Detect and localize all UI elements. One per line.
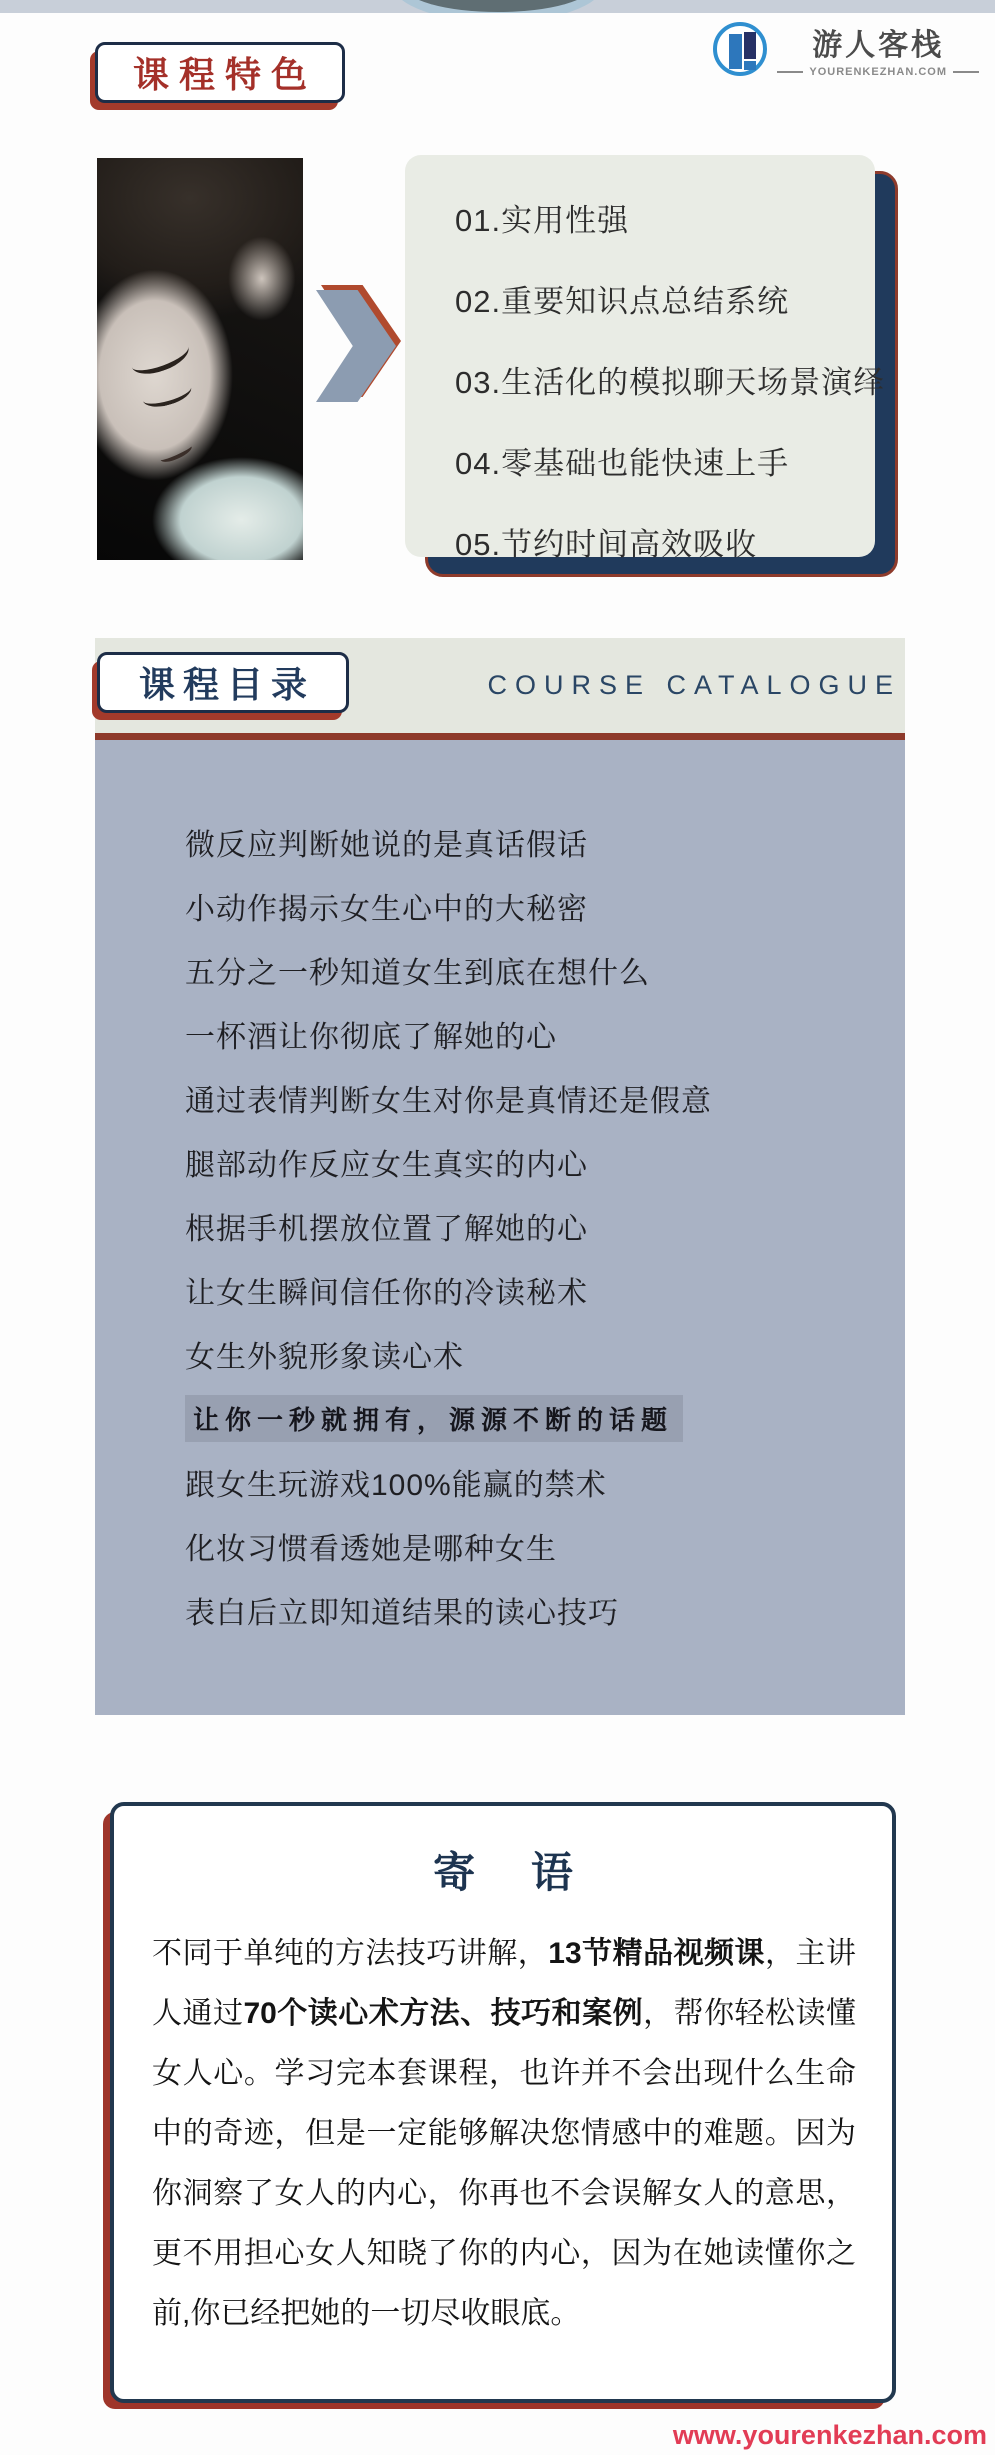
woman-portrait-photo	[97, 158, 303, 560]
catalogue-item: 根据手机摆放位置了解她的心	[185, 1194, 905, 1258]
feature-item: 01.实用性强	[455, 177, 859, 258]
message-body: 不同于单纯的方法技巧讲解，13节精品视频课，主讲人通过70个读心术方法、技巧和案…	[152, 1924, 856, 2344]
catalogue-item: 五分之一秒知道女生到底在想什么	[185, 938, 905, 1002]
top-crop-strip	[0, 0, 995, 13]
features-card: 01.实用性强02.重要知识点总结系统03.生活化的模拟聊天场景演绎04.零基础…	[405, 155, 875, 557]
course-features-badge: 课程特色	[95, 42, 345, 103]
course-catalogue-badge: 课程目录	[97, 652, 349, 713]
brand-logo: 游人客栈 YOURENKEZHAN.COM	[713, 20, 979, 78]
course-catalogue-badge-label: 课程目录	[139, 657, 315, 708]
brand-name: 游人客栈	[812, 20, 944, 64]
dash-decoration	[777, 71, 803, 73]
catalogue-item: 化妆习惯看透她是哪种女生	[185, 1514, 905, 1578]
message-card: 寄 语 不同于单纯的方法技巧讲解，13节精品视频课，主讲人通过70个读心术方法、…	[110, 1802, 896, 2403]
catalogue-item: 让你一秒就拥有，源源不断的话题	[185, 1386, 905, 1450]
feature-item: 05.节约时间高效吸收	[455, 501, 859, 582]
message-title: 寄 语	[114, 1840, 892, 1900]
catalogue-item: 表白后立即知道结果的读心技巧	[185, 1578, 905, 1642]
feature-item: 04.零基础也能快速上手	[455, 420, 859, 501]
features-list: 01.实用性强02.重要知识点总结系统03.生活化的模拟聊天场景演绎04.零基础…	[455, 177, 859, 582]
chevron-right-icon	[316, 290, 396, 402]
photo-detail	[140, 377, 194, 412]
catalogue-banner: 课程目录 COURSE CATALOGUE	[95, 638, 905, 733]
catalogue-item: 小动作揭示女生心中的大秘密	[185, 874, 905, 938]
catalogue-item: 通过表情判断女生对你是真情还是假意	[185, 1066, 905, 1130]
catalogue-item: 腿部动作反应女生真实的内心	[185, 1130, 905, 1194]
catalogue-subtitle: COURSE CATALOGUE	[487, 638, 901, 733]
catalogue-list: 微反应判断她说的是真话假话小动作揭示女生心中的大秘密五分之一秒知道女生到底在想什…	[95, 740, 905, 1642]
photo-detail	[127, 333, 193, 380]
brand-domain: YOURENKEZHAN.COM	[809, 66, 947, 78]
catalogue-item: 让女生瞬间信任你的冷读秘术	[185, 1258, 905, 1322]
catalogue-panel: 微反应判断她说的是真话假话小动作揭示女生心中的大秘密五分之一秒知道女生到底在想什…	[95, 740, 905, 1715]
cropped-circle-decoration	[403, 0, 593, 12]
feature-item: 03.生活化的模拟聊天场景演绎	[455, 339, 859, 420]
feature-item: 02.重要知识点总结系统	[455, 258, 859, 339]
footer-url[interactable]: www.yourenkezhan.com	[673, 2420, 987, 2451]
photo-detail	[158, 441, 194, 466]
catalogue-item: 女生外貌形象读心术	[185, 1322, 905, 1386]
dash-decoration	[953, 71, 979, 73]
red-divider	[95, 733, 905, 740]
promo-page: 游人客栈 YOURENKEZHAN.COM 课程特色 01.实用性强02.重要知…	[0, 0, 995, 2455]
catalogue-item: 一杯酒让你彻底了解她的心	[185, 1002, 905, 1066]
catalogue-item: 跟女生玩游戏100%能赢的禁术	[185, 1450, 905, 1514]
course-features-badge-label: 课程特色	[133, 47, 317, 98]
brand-logo-icon	[713, 22, 767, 76]
catalogue-item: 微反应判断她说的是真话假话	[185, 810, 905, 874]
